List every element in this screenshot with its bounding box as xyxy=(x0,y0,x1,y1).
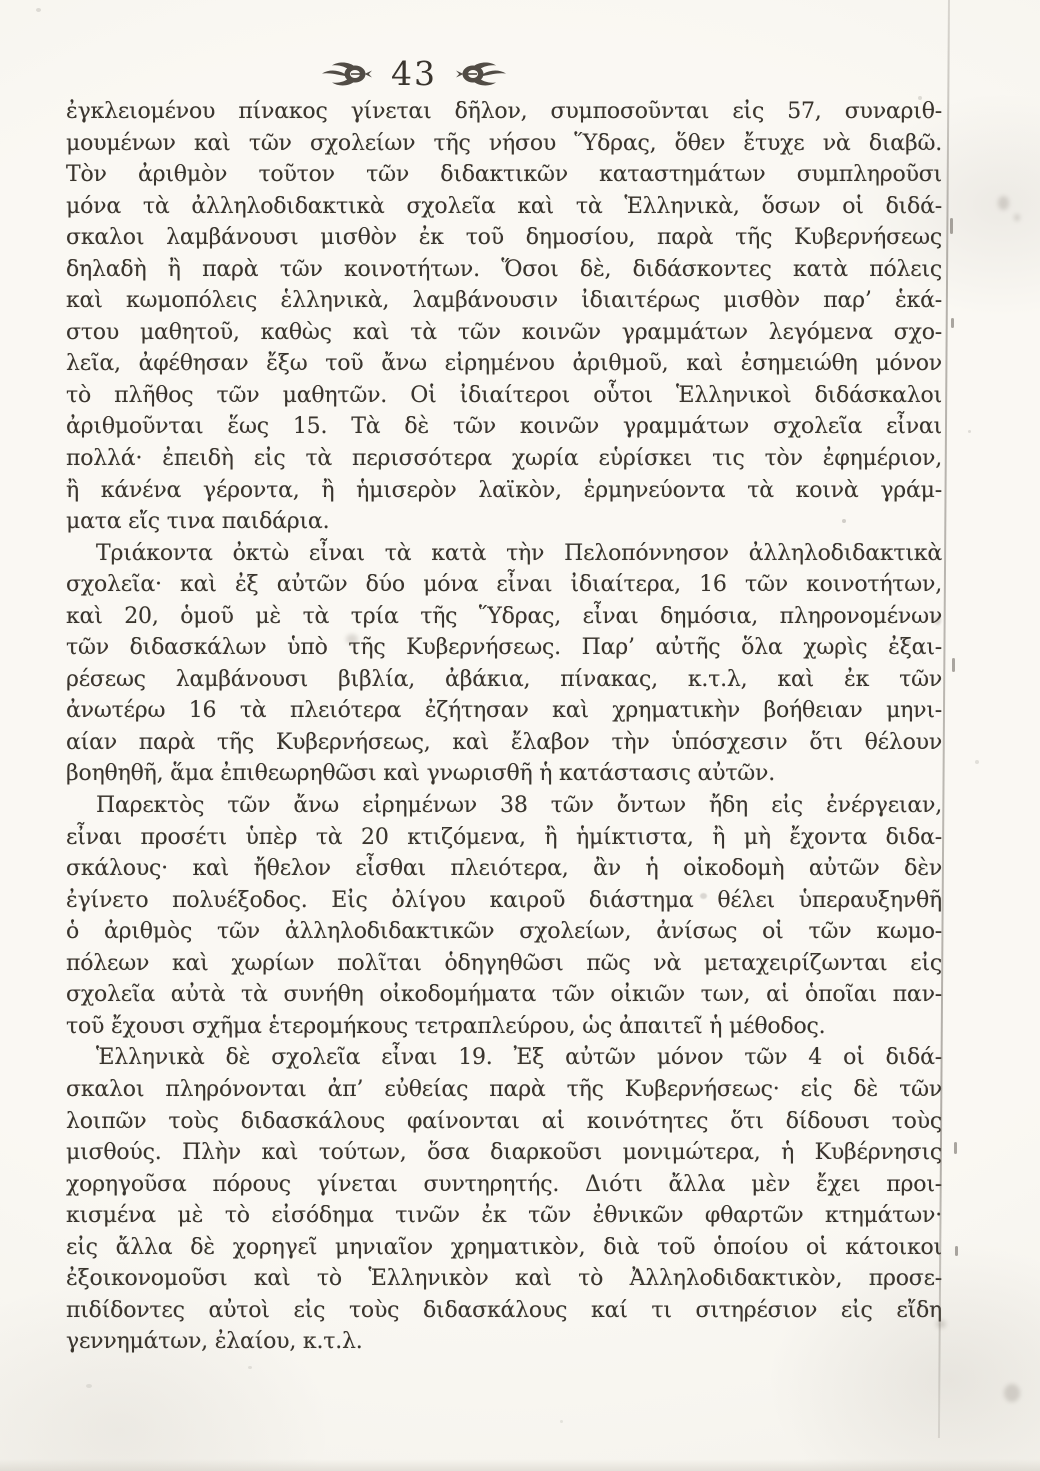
text-line: μουμένων καὶ τῶν σχολείων τῆς νήσου Ὕδρα… xyxy=(66,128,942,160)
text-line: Παρεκτὸς τῶν ἄνω εἰρημένων 38 τῶν ὄντων … xyxy=(66,790,942,822)
text-line: λοιπῶν τοὺς διδασκάλους φαίνονται αἱ κοι… xyxy=(66,1106,942,1138)
scan-speck xyxy=(906,640,911,645)
text-line: χορηγοῦσα πόρους γίνεται συντηρητής. Διό… xyxy=(66,1169,942,1201)
page-header: 43 xyxy=(0,56,852,92)
text-line: ρέσεως λαμβάνουσι βιβλία, ἀβάκια, πίνακα… xyxy=(66,664,942,696)
text-line: τὸ πλῆθος τῶν μαθητῶν. Οἱ ἰδιαίτεροι οὗτ… xyxy=(66,380,942,412)
scanned-book-page: 43 ἐγκλειομένου πίνακος γίνεται δῆλον, σ… xyxy=(0,0,1040,1471)
text-line: ἀνωτέρω 16 τὰ πλειότερα ἐζήτησαν καὶ χρη… xyxy=(66,695,942,727)
text-line: ὁ ἀριθμὸς τῶν ἀλληλοδιδακτικῶν σχολείων,… xyxy=(66,916,942,948)
scan-speck xyxy=(918,96,922,100)
text-line: πόλεων καὶ χωρίων πολῖται ὁδηγηθῶσι πῶς … xyxy=(66,948,942,980)
text-line: κισμένα μὲ τὸ εἰσόδημα τινῶν ἐκ τῶν ἐθνι… xyxy=(66,1200,942,1232)
text-line: ἐγίνετο πολυέξοδος. Εἰς ὀλίγου καιροῦ δι… xyxy=(66,885,942,917)
text-line: καὶ 20, ὁμοῦ μὲ τὰ τρία τῆς Ὕδρας, εἶναι… xyxy=(66,601,942,633)
scan-speck xyxy=(975,760,979,764)
scan-smudge xyxy=(936,1320,946,1328)
text-line: καὶ κωμοπόλεις ἑλληνικὰ, λαμβάνουσιν ἰδι… xyxy=(66,285,942,317)
text-line: γεννημάτων, ἐλαίου, κ.τ.λ. xyxy=(66,1326,942,1358)
page-edge-tick xyxy=(951,318,954,328)
scan-speck xyxy=(36,8,41,12)
paragraph: Τριάκοντα ὀκτὼ εἶναι τὰ κατὰ τὴν Πελοπόν… xyxy=(66,538,942,790)
page-edge-tick xyxy=(955,1246,958,1256)
text-line: ἀριθμοῦνται ἕως 15. Τὰ δὲ τῶν κοινῶν γρα… xyxy=(66,411,942,443)
scan-speck xyxy=(968,430,971,433)
text-line: βοηθηθῆ, ἅμα ἐπιθεωρηθῶσι καὶ γνωρισθῆ ἡ… xyxy=(66,758,942,790)
scan-smudge xyxy=(346,634,358,644)
scan-smudge xyxy=(1004,1384,1020,1402)
text-line: πολλά· ἐπειδὴ εἰς τὰ περισσότερα χωρία ε… xyxy=(66,443,942,475)
page-text-block: ἐγκλειομένου πίνακος γίνεται δῆλον, συμπ… xyxy=(66,96,942,1358)
scan-speck xyxy=(842,519,846,523)
scan-speck xyxy=(86,1384,92,1388)
fleuron-left-icon xyxy=(321,60,373,88)
page-bottom-edge xyxy=(0,1459,1040,1471)
text-line: εἰς ἄλλα δὲ χορηγεῖ μηνιαῖον χρηματικὸν,… xyxy=(66,1232,942,1264)
text-line: σχολεῖα αὐτὰ τὰ συνήθη οἰκοδομήματα τῶν … xyxy=(66,979,942,1011)
scan-smudge xyxy=(1014,214,1020,221)
text-line: Ἑλληνικὰ δὲ σχολεῖα εἶναι 19. Ἐξ αὐτῶν μ… xyxy=(66,1042,942,1074)
paragraph: Ἑλληνικὰ δὲ σχολεῖα εἶναι 19. Ἐξ αὐτῶν μ… xyxy=(66,1042,942,1357)
scan-speck xyxy=(560,1420,563,1423)
text-line: σκάλους· καὶ ἤθελον εἶσθαι πλειότερα, ἂν… xyxy=(66,853,942,885)
scan-speck xyxy=(700,893,707,899)
text-line: ματα εἴς τινα παιδάρια. xyxy=(66,506,942,538)
page-edge-tick xyxy=(950,218,953,234)
text-line: τῶν διδασκάλων ὑπὸ τῆς Κυβερνήσεως. Παρ’… xyxy=(66,632,942,664)
paragraph: Παρεκτὸς τῶν ἄνω εἰρημένων 38 τῶν ὄντων … xyxy=(66,790,942,1042)
scan-speck xyxy=(248,1366,252,1369)
page-edge-tick xyxy=(952,658,955,672)
text-line: αίαν παρὰ τῆς Κυβερνήσεως, καὶ ἔλαβον τὴ… xyxy=(66,727,942,759)
scan-smudge xyxy=(998,196,1009,210)
text-line: ἢ κάνένα γέροντα, ἢ ἡμισερὸν λαϊκὸν, ἑρμ… xyxy=(66,475,942,507)
text-line: Τριάκοντα ὀκτὼ εἶναι τὰ κατὰ τὴν Πελοπόν… xyxy=(66,538,942,570)
fleuron-right-icon xyxy=(455,60,507,88)
text-line: σκαλοι πληρόνονται ἀπ’ εὐθείας παρὰ τῆς … xyxy=(66,1074,942,1106)
text-line: εἶναι προσέτι ὑπὲρ τὰ 20 κτιζόμενα, ἢ ἡμ… xyxy=(66,822,942,854)
text-line: τοῦ ἔχουσι σχῆμα ἑτερομήκους τετραπλεύρο… xyxy=(66,1011,942,1043)
text-line: ἐξοικονομοῦσι καὶ τὸ Ἑλληνικὸν καὶ τὸ Ἀλ… xyxy=(66,1263,942,1295)
text-line: σχολεῖα· καὶ ἐξ αὐτῶν δύο μόνα εἶναι ἰδι… xyxy=(66,569,942,601)
page-number: 43 xyxy=(391,56,437,92)
text-line: στου μαθητοῦ, καθὼς καὶ τὰ τῶν κοινῶν γρ… xyxy=(66,317,942,349)
text-line: μόνα τὰ ἀλληλοδιδακτικὰ σχολεῖα καὶ τὰ Ἑ… xyxy=(66,191,942,223)
paragraph: ἐγκλειομένου πίνακος γίνεται δῆλον, συμπ… xyxy=(66,96,942,538)
text-line: Τὸν ἀριθμὸν τοῦτον τῶν διδακτικῶν καταστ… xyxy=(66,159,942,191)
text-line: πιδίδοντες αὐτοὶ εἰς τοὺς διδασκάλους κα… xyxy=(66,1295,942,1327)
text-line: σκαλοι λαμβάνουσι μισθὸν ἐκ τοῦ δημοσίου… xyxy=(66,222,942,254)
page-edge-tick xyxy=(954,1142,957,1154)
text-line: ἐγκλειομένου πίνακος γίνεται δῆλον, συμπ… xyxy=(66,96,942,128)
text-line: δηλαδὴ ἢ παρὰ τῶν κοινοτήτων. Ὅσοι δὲ, δ… xyxy=(66,254,942,286)
text-line: λεῖα, ἀφέθησαν ἔξω τοῦ ἄνω εἰρημένου ἀρι… xyxy=(66,348,942,380)
text-line: μισθούς. Πλὴν καὶ τούτων, ὅσα διαρκοῦσι … xyxy=(66,1137,942,1169)
scan-speck xyxy=(934,616,941,625)
